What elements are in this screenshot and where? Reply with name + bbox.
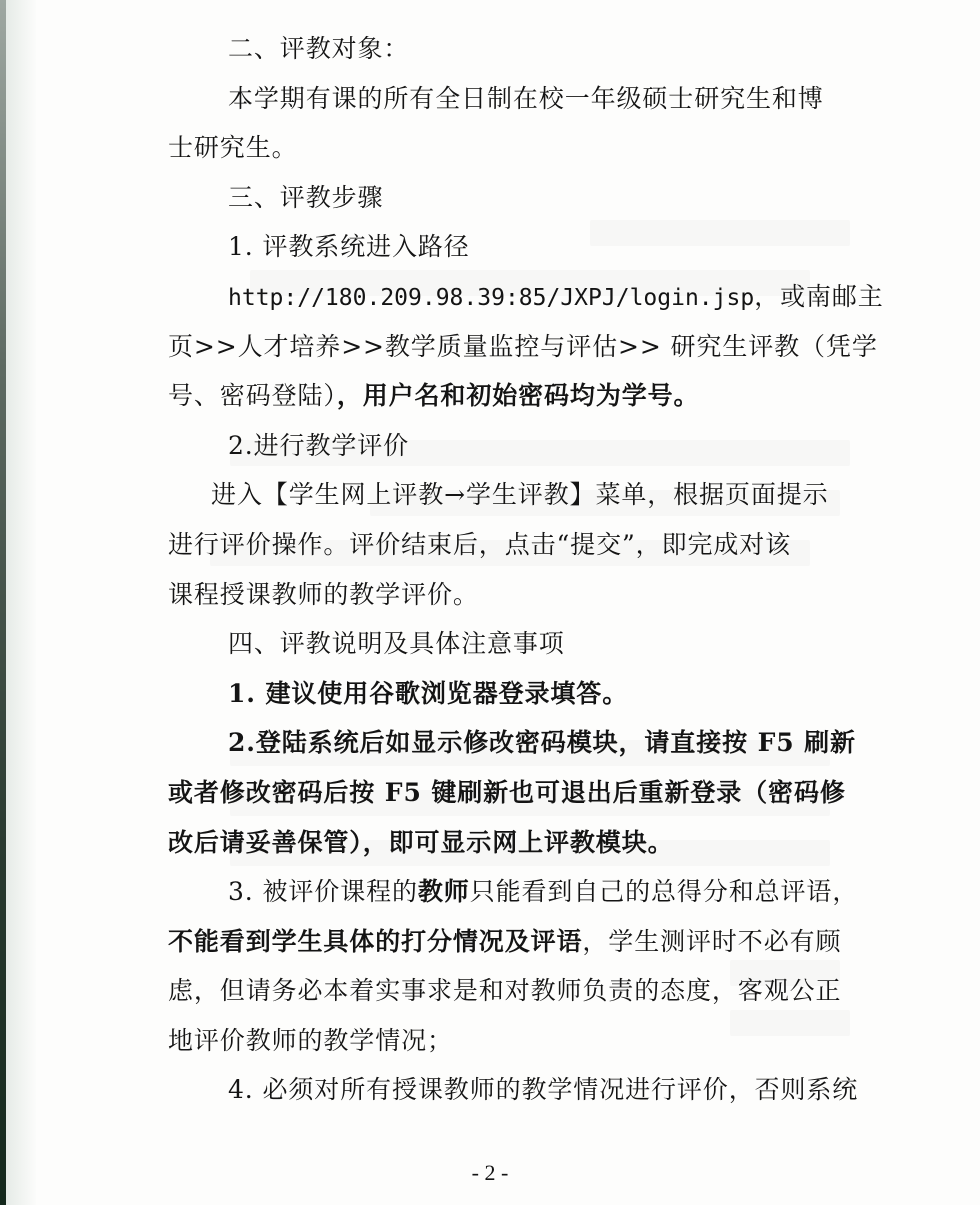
section-heading-4: 四、评教说明及具体注意事项 [168,619,868,669]
section-heading-2: 二、评教对象： [168,24,868,74]
bold-text: ，用户名和初始密码均为学号。 [337,381,700,410]
paragraph: 或者修改密码后按 F5 键刷新也可退出后重新登录（密码修 [168,768,868,818]
login-url-link[interactable]: http://180.209.98.39:85/JXPJ/login.jsp [228,285,754,311]
step-2-title: 2.进行教学评价 [168,421,868,471]
section-heading-3: 三、评教步骤 [168,173,868,223]
page-number: - 2 - [0,1160,980,1186]
paragraph: 页>>人才培养>>教学质量监控与评估>> 研究生评教（凭学 [168,322,868,372]
document-page: 二、评教对象： 本学期有课的所有全日制在校一年级硕士研究生和博 士研究生。 三、… [168,24,868,1115]
scan-edge-fade [6,0,36,1205]
paragraph: 进入【学生网上评教→学生评教】菜单，根据页面提示 [168,470,868,520]
paragraph: 地评价教师的教学情况； [168,1016,868,1066]
note-item-1: 1. 建议使用谷歌浏览器登录填答。 [168,669,868,719]
paragraph: 不能看到学生具体的打分情况及评语，学生测评时不必有顾 [168,917,868,967]
note-item-3: 3. 被评价课程的教师只能看到自己的总得分和总评语， [168,867,868,917]
text: ，或南邮主 [754,282,884,311]
text: ，学生测评时不必有顾 [582,927,841,956]
paragraph: http://180.209.98.39:85/JXPJ/login.jsp，或… [168,272,868,322]
paragraph: 进行评价操作。评价结束后，点击“提交”，即完成对该 [168,520,868,570]
text: 3. 被评价课程的 [228,877,418,906]
paragraph: 本学期有课的所有全日制在校一年级硕士研究生和博 [168,74,868,124]
text: 号、密码登陆） [168,381,337,410]
step-1-title: 1. 评教系统进入路径 [168,222,868,272]
paragraph: 士研究生。 [168,123,868,173]
paragraph: 号、密码登陆），用户名和初始密码均为学号。 [168,371,868,421]
paragraph: 虑，但请务必本着实事求是和对教师负责的态度，客观公正 [168,966,868,1016]
text: 只能看到自己的总得分和总评语， [470,877,859,906]
bold-text: 不能看到学生具体的打分情况及评语 [168,927,582,956]
bold-text: 教师 [418,877,470,906]
note-item-4: 4. 必须对所有授课教师的教学情况进行评价，否则系统 [168,1065,868,1115]
paragraph: 改后请妥善保管），即可显示网上评教模块。 [168,818,868,868]
note-item-2: 2.登陆系统后如显示修改密码模块，请直接按 F5 刷新 [168,718,868,768]
paragraph: 课程授课教师的教学评价。 [168,570,868,620]
